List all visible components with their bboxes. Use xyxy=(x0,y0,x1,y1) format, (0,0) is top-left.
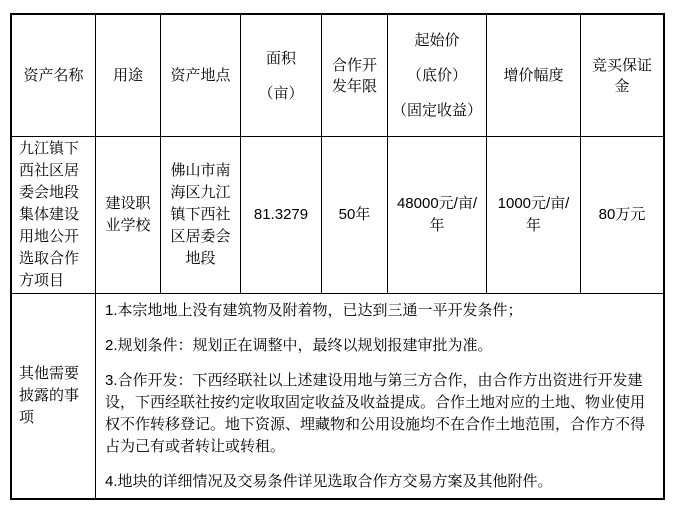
header-cell-term: 合作开发年限 xyxy=(322,15,388,137)
disclosure-item: 4.地块的详细情况及交易条件详见选取合作方交易方案及其他附件。 xyxy=(105,471,553,493)
header-cell-asset-name: 资产名称 xyxy=(12,15,96,137)
data-cell-term: 50年 xyxy=(322,137,388,294)
disclosure-item: 2.规划条件：规划正在调整中，最终以规划报建审批为准。 xyxy=(105,335,493,357)
header-label: 竞买保证金 xyxy=(585,55,659,97)
header-cell-usage: 用途 xyxy=(96,15,161,137)
start-price-value: 48000元/亩/年 xyxy=(392,193,482,237)
header-label-line: 面积 xyxy=(266,48,296,69)
header-cell-deposit: 竞买保证金 xyxy=(581,15,663,137)
data-cell-asset-name: 九江镇下西社区居委会地段集体建设用地公开选取合作方项目 xyxy=(12,137,96,294)
header-cell-area: 面积 （亩） xyxy=(241,15,322,137)
usage-value: 建设职业学校 xyxy=(100,193,156,237)
deposit-value: 80万元 xyxy=(599,204,646,226)
disclosure-item: 3.合作开发：下西经联社以上述建设用地与第三方合作，由合作方出资进行开发建设，下… xyxy=(105,370,655,458)
header-label: 合作开发年限 xyxy=(326,55,383,97)
location-value: 佛山市南海区九江镇下西社区居委会地段 xyxy=(165,160,236,270)
data-cell-increment: 1000元/亩/年 xyxy=(487,137,581,294)
disclosure-label-cell: 其他需要披露的事项 xyxy=(12,294,96,498)
term-value: 50年 xyxy=(339,204,371,226)
data-cell-deposit: 80万元 xyxy=(581,137,663,294)
disclosure-content-cell: 1.本宗地地上没有建筑物及附着物，已达到三通一平开发条件； 2.规划条件：规划正… xyxy=(96,294,663,498)
header-label-line: （底价） xyxy=(407,65,467,86)
header-cell-start-price: 起始价 （底价） （固定收益） xyxy=(388,15,487,137)
asset-name-value: 九江镇下西社区居委会地段集体建设用地公开选取合作方项目 xyxy=(19,138,91,292)
header-label-line: （亩） xyxy=(258,83,303,104)
header-label: 资产地点 xyxy=(170,65,230,86)
data-cell-start-price: 48000元/亩/年 xyxy=(388,137,487,294)
increment-value: 1000元/亩/年 xyxy=(491,193,576,237)
header-label-line: 起始价 xyxy=(414,30,459,51)
page: 资产名称 用途 资产地点 面积 （亩） 合作开发年限 起始价 （底价） （固定收… xyxy=(0,0,673,511)
header-label: 增价幅度 xyxy=(503,65,563,86)
data-cell-usage: 建设职业学校 xyxy=(96,137,161,294)
header-cell-increment: 增价幅度 xyxy=(487,15,581,137)
asset-table: 资产名称 用途 资产地点 面积 （亩） 合作开发年限 起始价 （底价） （固定收… xyxy=(10,13,665,500)
header-label: 资产名称 xyxy=(23,65,83,86)
header-cell-location: 资产地点 xyxy=(161,15,241,137)
disclosure-label: 其他需要披露的事项 xyxy=(19,363,91,429)
disclosure-item: 1.本宗地地上没有建筑物及附着物，已达到三通一平开发条件； xyxy=(105,300,523,322)
header-label: 用途 xyxy=(113,65,143,86)
header-label-line: （固定收益） xyxy=(392,100,482,121)
data-cell-area: 81.3279 xyxy=(241,137,322,294)
data-cell-location: 佛山市南海区九江镇下西社区居委会地段 xyxy=(161,137,241,294)
area-value: 81.3279 xyxy=(254,204,308,226)
